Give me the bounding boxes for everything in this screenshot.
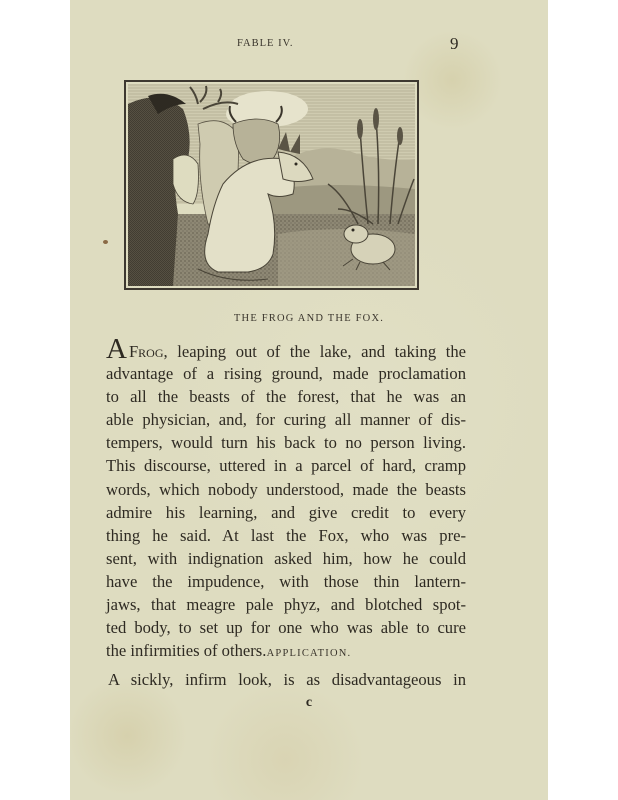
application-heading: APPLICATION. <box>70 648 548 659</box>
text-line: tempers, would turn his back to no perso… <box>106 431 466 454</box>
signature-mark: c <box>70 695 548 711</box>
first-word: Frog <box>129 342 164 361</box>
text-line: words, which nobody understood, made the… <box>106 478 466 501</box>
text-line: This discourse, uttered in a parcel of h… <box>106 454 466 477</box>
running-head: FABLE IV. 9 <box>70 34 548 54</box>
text-line: have the impudence, with those thin lant… <box>106 570 466 593</box>
text-line: ted body, to set up for one who was able… <box>106 616 466 639</box>
fable-illustration <box>124 80 419 290</box>
fable-text: AFrog, leaping out of the lake, and taki… <box>106 339 466 662</box>
text-line: AFrog, leaping out of the lake, and taki… <box>106 339 466 362</box>
text-line: jaws, that meagre pale phyz, and blotche… <box>106 593 466 616</box>
application-text: A sickly, infirm look, is as disadvantag… <box>108 670 466 690</box>
text-line: admire his learning, and give credit to … <box>106 501 466 524</box>
text-line: advantage of a rising ground, made procl… <box>106 362 466 385</box>
text-line: able physician, and, for curing all mann… <box>106 408 466 431</box>
text-line: thing he said. At last the Fox, who was … <box>106 524 466 547</box>
illustration-caption: THE FROG AND THE FOX. <box>70 313 548 324</box>
text-line: sent, with indignation asked him, how he… <box>106 547 466 570</box>
text-line: to all the beasts of the forest, that he… <box>106 385 466 408</box>
engraving-image <box>128 84 415 286</box>
page-number: 9 <box>450 34 459 54</box>
book-page: FABLE IV. 9 <box>70 0 548 800</box>
running-title: FABLE IV. <box>237 38 293 49</box>
drop-cap: A <box>106 333 127 365</box>
paper-stain <box>103 240 108 244</box>
